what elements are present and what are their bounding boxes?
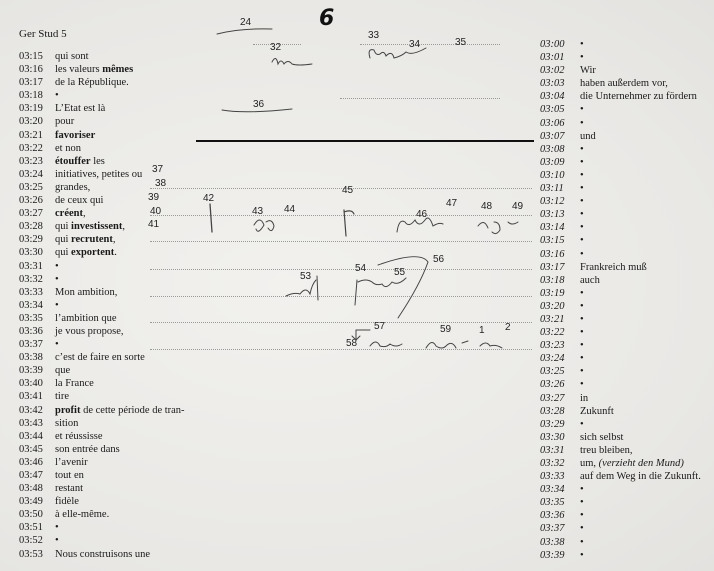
handwritten-annotations	[0, 0, 714, 571]
transcript-page: Ger Stud 5 6 03:15qui sont03:16les valeu…	[0, 0, 714, 571]
